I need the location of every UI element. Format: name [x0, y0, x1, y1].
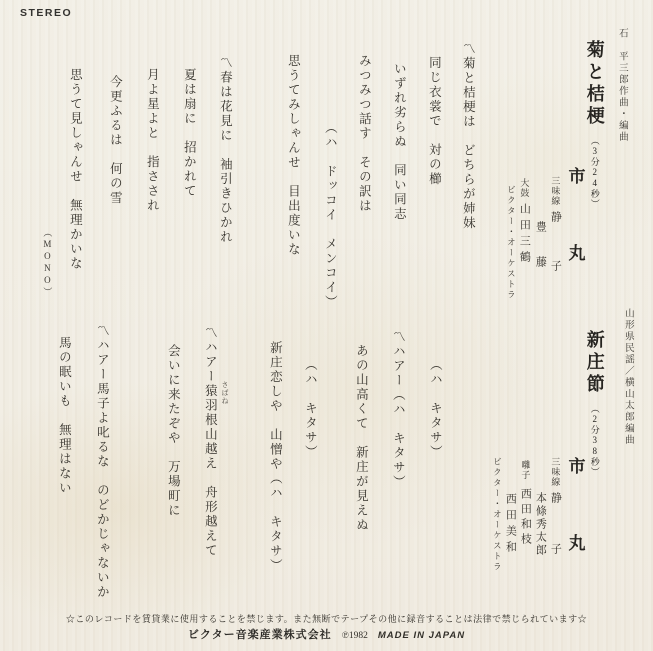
- song1-lyric-line: 思うてみしゃんせ 目出度いな: [286, 54, 300, 257]
- song1-lyric-line: 〽春は花見に 袖引きひかれ: [218, 56, 232, 245]
- orchestra-name: ビクター・オーケストラ: [506, 185, 516, 301]
- song1-musician-toyofuji: 豊藤: [531, 221, 549, 291]
- song2-lyric-line: 〽ハアー（ハ キタサ）: [391, 330, 405, 490]
- song2-arranger-credit: 山形県民謡／横山太郎編曲: [622, 308, 633, 446]
- phonogram-mark: ℗1982: [342, 631, 368, 641]
- song2-lyric-line: 〽ハアー馬子よ叱るな のどかじゃないか: [95, 324, 109, 600]
- song2-lyric-line: 〽ハアー猿羽根山越え 舟形越えて: [203, 326, 217, 558]
- song1-orchestra: ビクター・オーケストラ: [502, 185, 520, 301]
- orchestra-name: ビクター・オーケストラ: [492, 457, 502, 573]
- company-name: ビクター音楽産業株式会社: [188, 626, 332, 642]
- song1-lyric-line: みつみつ話す その訳は: [357, 54, 371, 214]
- shamisen-label: 三味線: [550, 457, 560, 487]
- musician-name: 西田和枝: [519, 488, 531, 548]
- sabane-furigana: さばね: [221, 381, 229, 405]
- drum-label: 大鼓: [519, 178, 529, 198]
- song2-lyric-line: 会いに来たぞや 万場町に: [166, 344, 180, 518]
- song2-duration: （2分38秒）: [590, 404, 600, 477]
- song1-artist: 市丸: [565, 167, 585, 321]
- song1-composer-credit: 石 平三郎作曲・編曲: [616, 28, 627, 143]
- hayashi-label: 囃子: [520, 460, 530, 480]
- song2-artist: 市丸: [565, 457, 585, 611]
- song1-lyric-line: 夏は扇に 招かれて: [182, 68, 196, 199]
- stereo-label: STEREO: [20, 7, 72, 19]
- song2-orchestra: ビクター・オーケストラ: [488, 457, 506, 573]
- song1-lyric-line: 〽菊と桔梗は どちらが姉妹: [461, 42, 475, 231]
- mono-label: （MONO）: [42, 228, 52, 298]
- record-sleeve-back: STEREO 石 平三郎作曲・編曲 菊と桔梗（3分24秒） 市丸 三味線静子 豊…: [0, 0, 653, 651]
- made-in-japan-label: MADE IN JAPAN: [378, 630, 465, 641]
- song1-lyric-line: 思うて見しゃんせ 無理かいな: [68, 68, 82, 271]
- song2-lyric-line: 馬の眠いも 無理はない: [57, 336, 71, 496]
- song1-title: 菊と桔梗: [585, 40, 605, 128]
- song1-lyric-line: 今更ふるは 何の雪: [108, 75, 122, 206]
- musician-name: 豊藤: [534, 221, 546, 291]
- song1-lyric-line: 月よ星よと 指さされ: [145, 68, 159, 213]
- song1-lyric-line: いずれ劣らぬ 同い同志: [392, 62, 406, 222]
- song2-title-column: 新庄節（2分38秒）: [584, 330, 605, 477]
- song1-title-column: 菊と桔梗（3分24秒）: [584, 40, 605, 209]
- song2-lyric-line: 新庄恋しや 山憎や（ハ キタサ）: [268, 341, 282, 573]
- musician-name: 本條秀太郎: [534, 492, 546, 557]
- musician-name: 静子: [549, 211, 561, 309]
- song1-lyric-line: （ハ ドッコイ メンコイ）: [323, 121, 337, 310]
- song2-title: 新庄節: [585, 330, 605, 396]
- rental-prohibition-notice: ☆このレコードを賃貸業に使用することを禁じます。また無断でテープその他に録音する…: [0, 612, 653, 625]
- song1-duration: （3分24秒）: [590, 136, 600, 209]
- musician-name: 静子: [549, 492, 561, 594]
- song2-lyric-line: （ハ キタサ）: [303, 358, 317, 460]
- song1-lyric-line: 同じ衣裳で 対の櫛: [427, 56, 441, 187]
- song2-lyric-line: （ハ キタサ）: [428, 358, 442, 460]
- shamisen-label: 三味線: [550, 176, 560, 206]
- publisher-line: ビクター音楽産業株式会社 ℗1982 MADE IN JAPAN: [0, 626, 653, 642]
- song2-lyric-line: あの山高くて 新庄が見えぬ: [354, 344, 368, 533]
